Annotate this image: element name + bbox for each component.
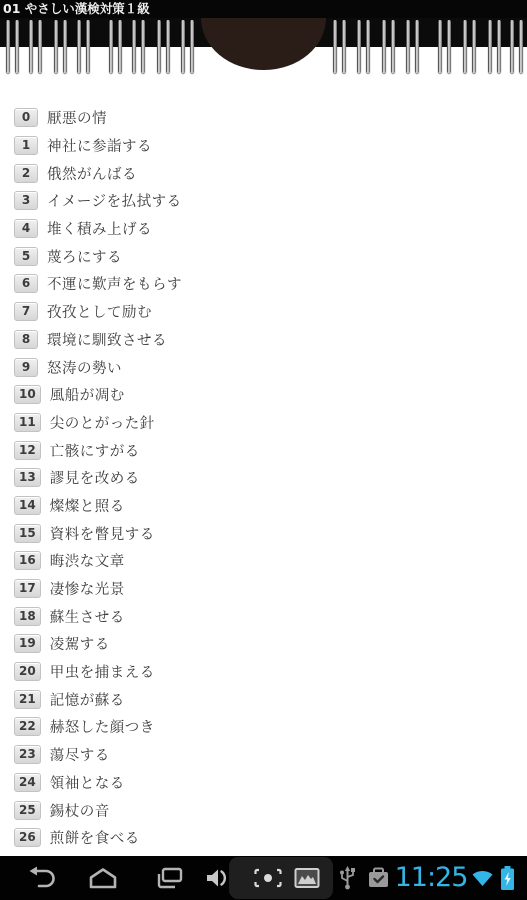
item-text: 堆く積み上げる — [47, 218, 152, 239]
item-number-badge: 17 — [14, 579, 41, 598]
item-number-badge: 3 — [14, 191, 38, 210]
list-item[interactable]: 21記憶が蘇る — [0, 685, 527, 713]
usb-icon — [339, 865, 356, 891]
binder-ring — [181, 20, 194, 73]
item-text: イメージを払拭する — [47, 190, 182, 211]
item-number-badge: 25 — [14, 801, 41, 820]
list-item[interactable]: 26煎餅を食べる — [0, 824, 527, 852]
binder-ring — [357, 20, 370, 73]
binder-ring — [157, 20, 170, 73]
binder-ring — [488, 20, 501, 73]
list-item[interactable]: 7孜孜として励む — [0, 298, 527, 326]
kanji-word-list: 0厭悪の情 1神社に参詣する 2俄然がんばる 3イメージを払拭する 4堆く積み上… — [0, 104, 527, 856]
item-text: 厭悪の情 — [47, 107, 107, 128]
recent-apps-button[interactable] — [146, 856, 192, 900]
item-number-badge: 15 — [14, 524, 41, 543]
wifi-status — [470, 856, 494, 900]
home-icon — [87, 866, 119, 890]
item-number-badge: 10 — [14, 385, 41, 404]
binder-ring — [6, 20, 19, 73]
item-text: 資料を瞥見する — [50, 523, 155, 544]
binder-ring — [406, 20, 419, 73]
list-item[interactable]: 6不運に歎声をもらす — [0, 270, 527, 298]
item-number-badge: 8 — [14, 330, 38, 349]
home-button[interactable] — [80, 856, 126, 900]
app-screen: 01 やさしい漢検対策１級 0厭悪の情 1神社に参詣する 2俄然がんばる 3イメ… — [0, 0, 527, 900]
volume-icon — [205, 867, 229, 889]
list-item[interactable]: 2俄然がんばる — [0, 159, 527, 187]
item-text: 俄然がんばる — [47, 163, 137, 184]
item-text: 蔑ろにする — [47, 246, 122, 267]
item-text: 神社に参詣する — [47, 135, 152, 156]
list-item[interactable]: 1神社に参詣する — [0, 132, 527, 160]
list-item[interactable]: 20甲虫を捕まえる — [0, 658, 527, 686]
item-text: 蕩尽する — [50, 744, 110, 765]
gallery-icon — [294, 867, 320, 889]
item-text: 謬見を改める — [50, 467, 140, 488]
item-text: 孜孜として励む — [47, 301, 152, 322]
list-item[interactable]: 17凄惨な光景 — [0, 575, 527, 603]
binder-ring — [77, 20, 90, 73]
list-item[interactable]: 22赫怒した顔つき — [0, 713, 527, 741]
binder-ring — [132, 20, 145, 73]
item-number-badge: 18 — [14, 607, 41, 626]
item-number-badge: 0 — [14, 108, 38, 127]
item-number-badge: 13 — [14, 468, 41, 487]
list-item[interactable]: 12亡骸にすがる — [0, 436, 527, 464]
item-text: 領袖となる — [50, 772, 125, 793]
list-item[interactable]: 10風船が凋む — [0, 381, 527, 409]
recent-apps-icon — [154, 865, 184, 891]
list-item[interactable]: 8環境に馴致させる — [0, 326, 527, 354]
item-number-badge: 6 — [14, 274, 38, 293]
title-bar: 01 やさしい漢検対策１級 — [0, 0, 527, 18]
binder-ring — [333, 20, 346, 73]
battery-status — [497, 856, 517, 900]
item-text: 凄惨な光景 — [50, 578, 125, 599]
item-number-badge: 16 — [14, 551, 41, 570]
item-number-badge: 22 — [14, 717, 41, 736]
item-text: 甲虫を捕まえる — [50, 661, 155, 682]
item-number-badge: 11 — [14, 413, 41, 432]
usb-debug-icon — [367, 866, 390, 890]
binder-ring — [463, 20, 476, 73]
binder-ring — [510, 20, 523, 73]
item-text: 錫杖の音 — [50, 800, 110, 821]
list-item[interactable]: 14燦燦と照る — [0, 492, 527, 520]
item-number-badge: 20 — [14, 662, 41, 681]
item-number-badge: 26 — [14, 828, 41, 847]
list-item[interactable]: 15資料を瞥見する — [0, 519, 527, 547]
list-item[interactable]: 5蔑ろにする — [0, 242, 527, 270]
gallery-notification[interactable] — [290, 856, 324, 900]
item-number-badge: 19 — [14, 634, 41, 653]
list-item[interactable]: 13謬見を改める — [0, 464, 527, 492]
item-text: 尖のとがった針 — [50, 412, 155, 433]
item-number-badge: 7 — [14, 302, 38, 321]
usb-debugging-status — [364, 856, 392, 900]
clock-text: 11:25 — [395, 856, 468, 900]
item-text: 蘇生させる — [50, 606, 125, 627]
item-number-badge: 23 — [14, 745, 41, 764]
back-icon — [23, 864, 57, 892]
item-text: 環境に馴致させる — [47, 329, 167, 350]
item-text: 風船が凋む — [50, 384, 125, 405]
item-text: 晦渋な文章 — [50, 550, 125, 571]
system-navigation-bar: 11:25 — [0, 856, 527, 900]
binder-ring — [382, 20, 395, 73]
list-item[interactable]: 23蕩尽する — [0, 741, 527, 769]
item-text: 煎餅を食べる — [50, 827, 140, 848]
usb-connected-status — [336, 856, 358, 900]
list-item[interactable]: 18蘇生させる — [0, 602, 527, 630]
list-item[interactable]: 16晦渋な文章 — [0, 547, 527, 575]
item-number-badge: 9 — [14, 358, 38, 377]
list-item[interactable]: 24領袖となる — [0, 769, 527, 797]
list-item[interactable]: 9怒涛の勢い — [0, 353, 527, 381]
list-item[interactable]: 19凌駕する — [0, 630, 527, 658]
item-text: 赫怒した顔つき — [50, 716, 155, 737]
item-text: 怒涛の勢い — [47, 357, 122, 378]
list-item[interactable]: 25錫杖の音 — [0, 796, 527, 824]
list-item[interactable]: 11尖のとがった針 — [0, 409, 527, 437]
item-number-badge: 4 — [14, 219, 38, 238]
binder-ring — [109, 20, 122, 73]
item-number-badge: 1 — [14, 136, 38, 155]
item-text: 記憶が蘇る — [50, 689, 125, 710]
item-number-badge: 14 — [14, 496, 41, 515]
item-number-badge: 5 — [14, 247, 38, 266]
battery-charging-icon — [500, 865, 515, 891]
item-number-badge: 12 — [14, 441, 41, 460]
binder-ring — [54, 20, 67, 73]
list-item[interactable]: 4堆く積み上げる — [0, 215, 527, 243]
binder-ring — [29, 20, 42, 73]
volume-status[interactable] — [200, 856, 234, 900]
back-button[interactable] — [18, 856, 62, 900]
binder-ring — [438, 20, 451, 73]
item-text: 凌駕する — [50, 633, 110, 654]
screenshot-icon — [254, 866, 282, 890]
item-text: 亡骸にすがる — [50, 440, 140, 461]
wifi-icon — [471, 868, 494, 888]
list-item[interactable]: 3イメージを払拭する — [0, 187, 527, 215]
item-number-badge: 24 — [14, 773, 41, 792]
item-number-badge: 2 — [14, 164, 38, 183]
item-number-badge: 21 — [14, 690, 41, 709]
binder-hole — [201, 14, 326, 70]
item-text: 燦燦と照る — [50, 495, 125, 516]
list-item[interactable]: 0厭悪の情 — [0, 104, 527, 132]
clock: 11:25 — [392, 856, 470, 900]
screenshot-notification[interactable] — [250, 856, 286, 900]
page-title: 01 やさしい漢検対策１級 — [3, 1, 150, 16]
item-text: 不運に歎声をもらす — [47, 273, 182, 294]
